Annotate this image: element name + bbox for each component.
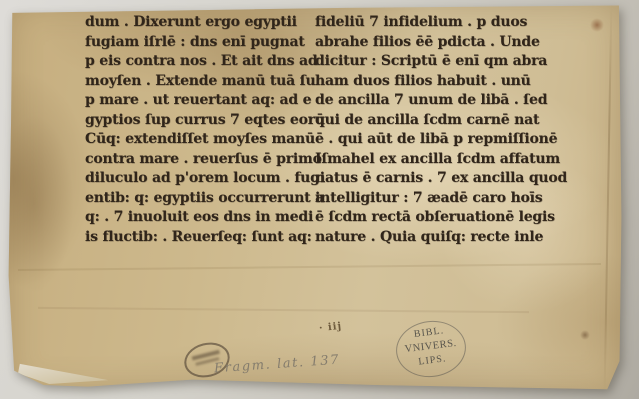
- parchment-stain: [590, 18, 604, 32]
- manuscript-line: ham duos filios habuit . unū: [315, 72, 567, 92]
- manuscript-line: diluculo ad p'orem locum . fugi: [85, 169, 334, 189]
- folded-corner: [18, 356, 110, 384]
- parchment-stain: [580, 330, 590, 340]
- quire-mark: · iij: [318, 321, 342, 334]
- manuscript-line: dum . Dixerunt ergo egyptii: [85, 13, 334, 33]
- fold-crease-vertical: [604, 4, 613, 392]
- fold-crease-horizontal: [18, 263, 601, 271]
- fold-crease-horizontal: [38, 307, 529, 313]
- library-stamp: BIBL. VNIVERS. LIPS.: [392, 316, 471, 382]
- text-column-right: fideliū 7 infidelium . p duos abrahe fil…: [315, 13, 567, 248]
- manuscript-line: fugiam iſrlē : dns enī pugnat: [85, 33, 334, 53]
- manuscript-line: nature . Quia quiſq: recte inle: [315, 228, 567, 248]
- manuscript-line: intelligitur : 7 æadē caro hoīs: [315, 189, 567, 209]
- manuscript-line: Iſmahel ex ancilla ſcdm affatum: [315, 150, 567, 170]
- parchment-surface: dum . Dixerunt ergo egyptii fugiam iſrlē…: [8, 4, 622, 392]
- manuscript-line: ē . qui aūt de libā p repmiſſionē: [315, 130, 567, 150]
- manuscript-line: moyſen . Extende manū tuā ſu: [85, 72, 334, 92]
- manuscript-line: is fluctib: . Reuerſeq: ſunt aq:: [85, 228, 334, 248]
- manuscript-line: fideliū 7 infidelium . p duos: [315, 13, 567, 33]
- manuscript-line: qui de ancilla ſcdm carnē nat: [315, 111, 567, 131]
- manuscript-line: contra mare . reuerſus ē primo: [85, 150, 334, 170]
- manuscript-photo: dum . Dixerunt ergo egyptii fugiam iſrlē…: [0, 0, 639, 399]
- manuscript-line: p eis contra nos . Et ait dns ad: [85, 52, 334, 72]
- manuscript-line: de ancilla 7 unum de libā . ſed: [315, 91, 567, 111]
- pencil-shelfmark: Fragm. lat. 137: [214, 353, 341, 377]
- text-column-left: dum . Dixerunt ergo egyptii fugiam iſrlē…: [85, 13, 334, 248]
- manuscript-line: ē ſcdm rectā obſeruationē legis: [315, 208, 567, 228]
- manuscript-line: gyptios ſup currus 7 eqtes eorū .: [85, 111, 334, 131]
- manuscript-line: Cūq: extendiſſet moyſes manū: [85, 130, 334, 150]
- manuscript-line: abrahe filios ēē pdicta . Unde: [315, 33, 567, 53]
- manuscript-line: dicitur : Scriptū ē enī qm abra: [315, 52, 567, 72]
- manuscript-line: natus ē carnis . 7 ex ancilla quod: [315, 169, 567, 189]
- manuscript-line: p mare . ut reuertant aq: ad e: [85, 91, 334, 111]
- parchment-stain: [0, 114, 74, 294]
- manuscript-line: q: . 7 inuoluit eos dns in medi: [85, 208, 334, 228]
- manuscript-line: entib: q: egyptiis occurrerunt a: [85, 189, 334, 209]
- parchment: dum . Dixerunt ergo egyptii fugiam iſrlē…: [8, 4, 622, 392]
